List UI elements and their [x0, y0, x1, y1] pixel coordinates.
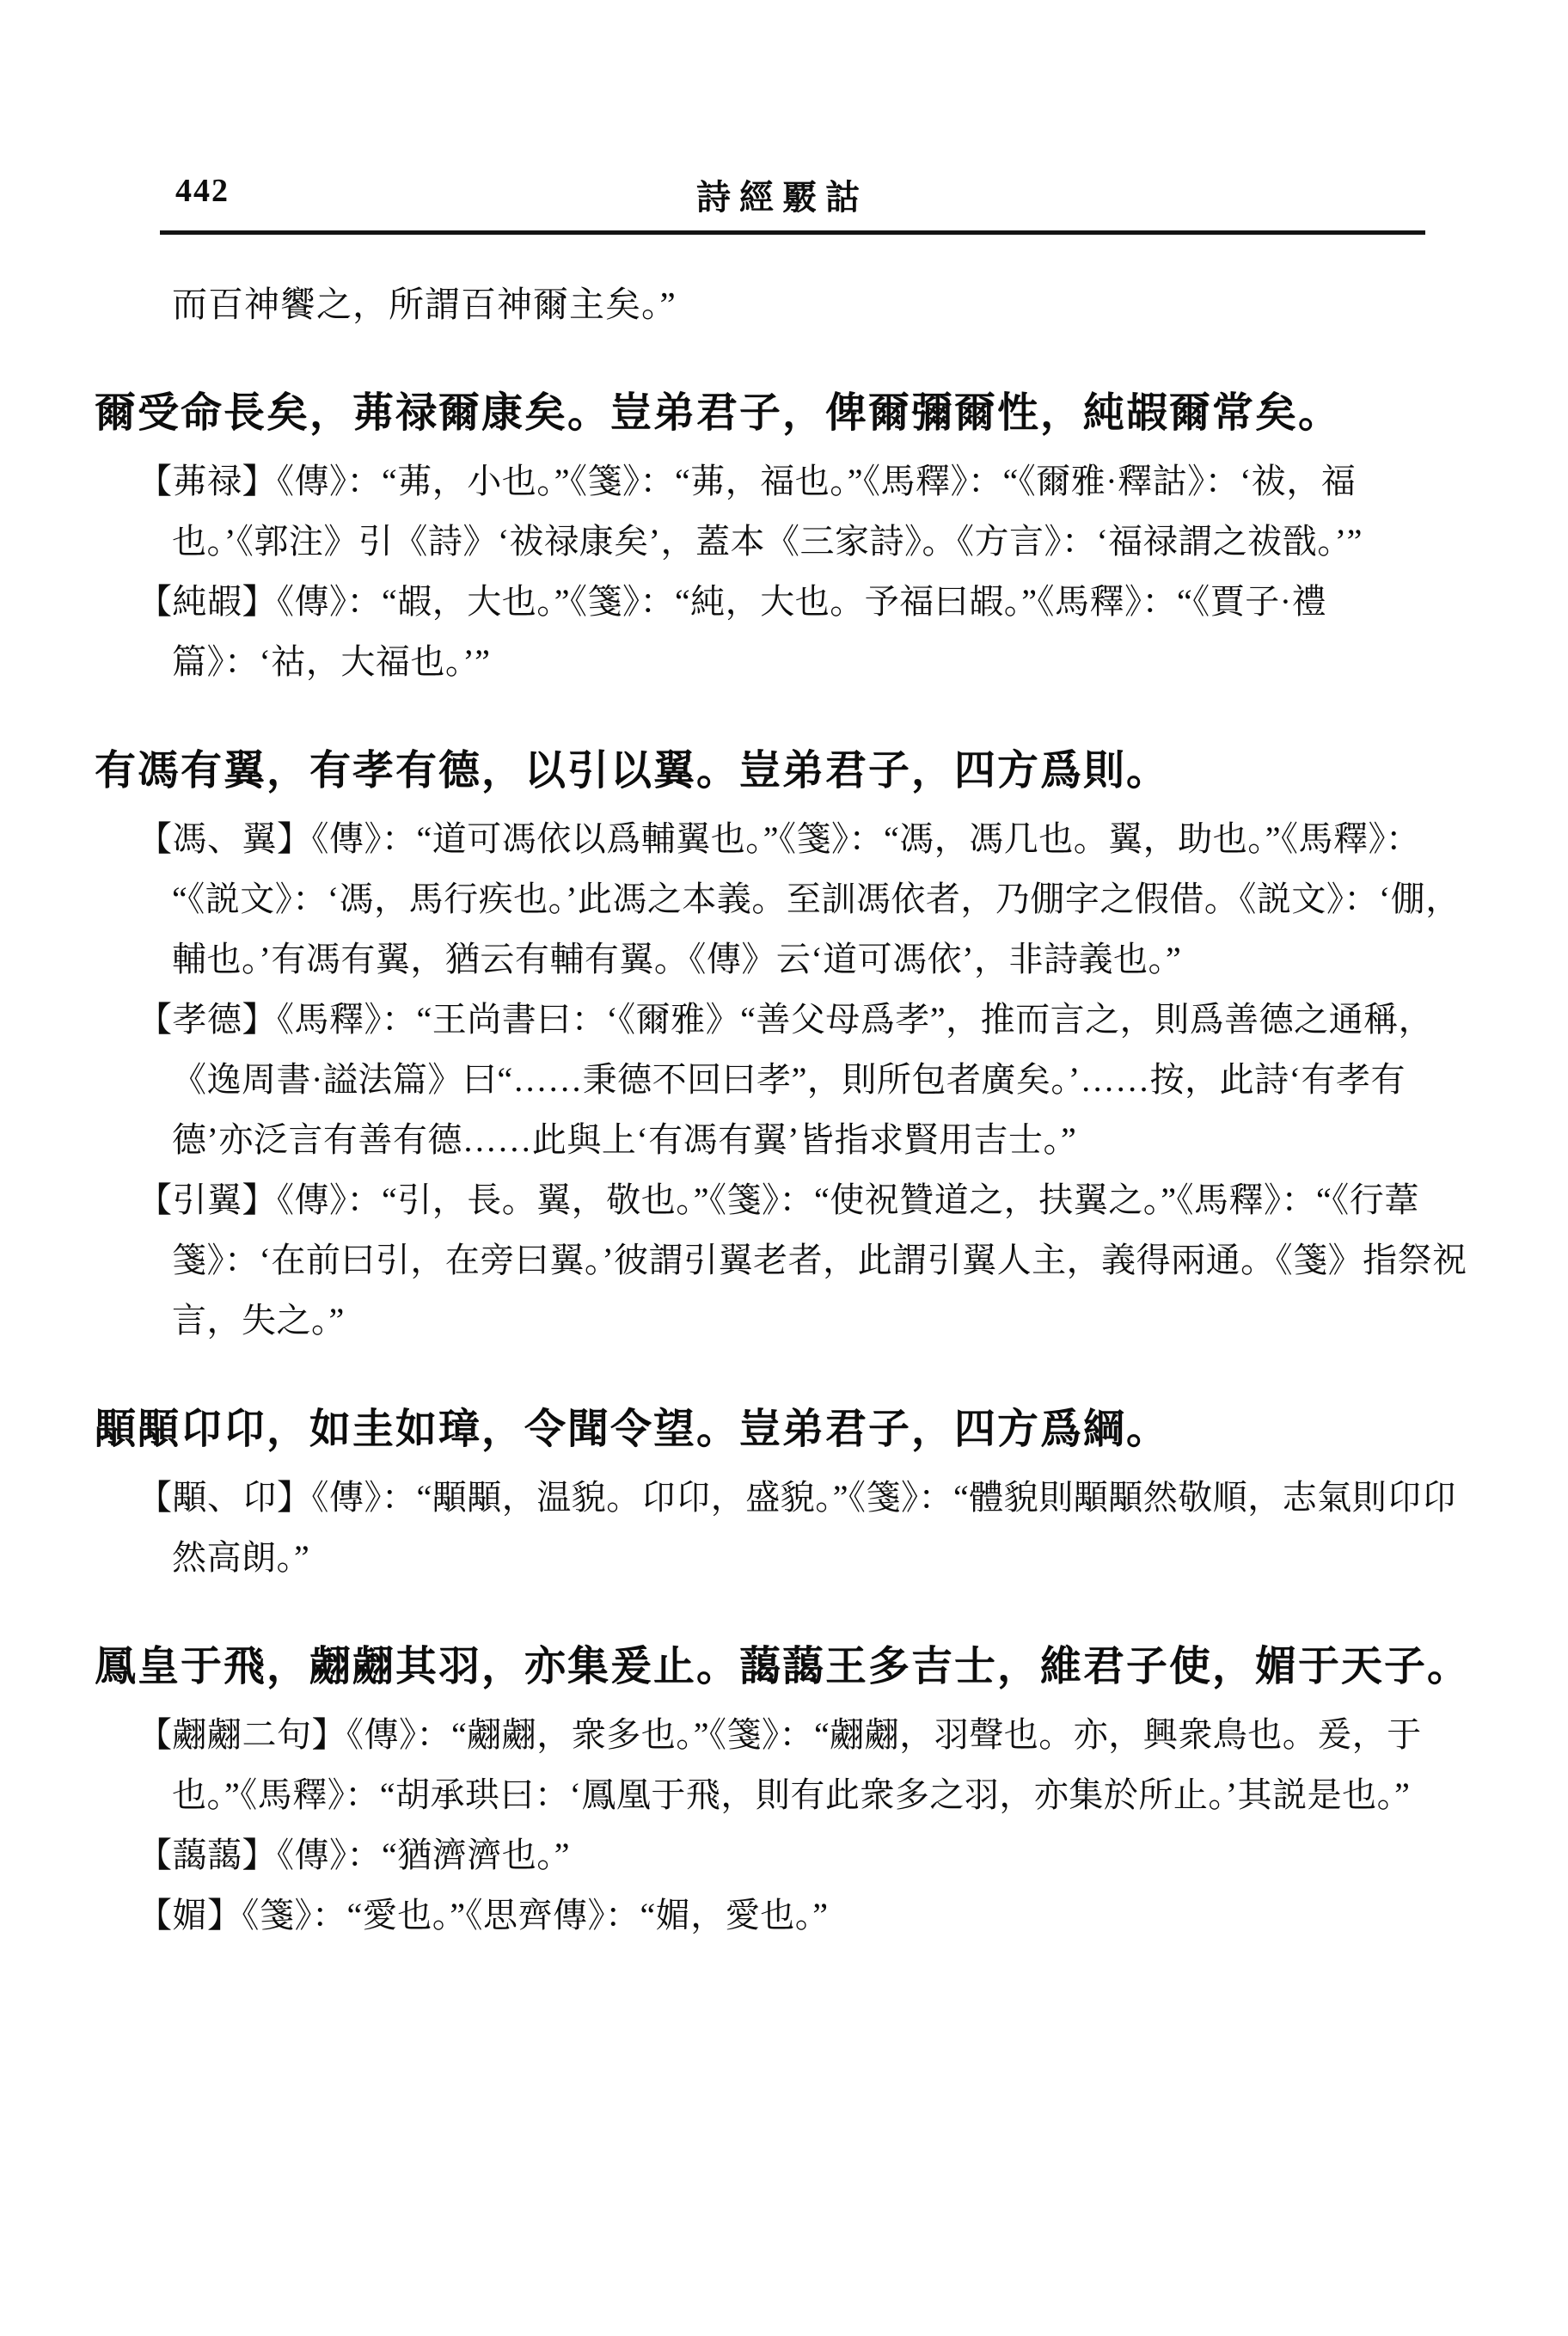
header-rule	[160, 230, 1425, 235]
carryover-line: 而百神饗之，所謂百神爾主矣。”	[172, 274, 1470, 334]
annotation-paragraph: 【媚】《箋》：“愛也。”《思齊傳》：“媚，愛也。”	[95, 1885, 1470, 1946]
stanza-section-4: 鳳皇于飛，翽翽其羽，亦集爰止。藹藹王多吉士，維君子使，媚于天子。 【翽翽二句】《…	[95, 1636, 1470, 1946]
annotation-paragraph: 【茀禄】《傳》：“茀，小也。”《箋》：“茀，福也。”《馬釋》：“《爾雅·釋詁》：…	[95, 451, 1470, 572]
stanza-section-1: 爾受命長矣，茀禄爾康矣。豈弟君子，俾爾彌爾性，純嘏爾常矣。 【茀禄】《傳》：“茀…	[95, 383, 1470, 692]
annotation-paragraph: 【純嘏】《傳》：“嘏，大也。”《箋》：“純，大也。予福曰嘏。”《馬釋》：“《賈子…	[95, 572, 1470, 692]
verse-line: 顒顒卬卬，如圭如璋，令聞令望。豈弟君子，四方爲綱。	[95, 1399, 1470, 1461]
book-page: 442 詩經覈詁 而百神饗之，所謂百神爾主矣。” 爾受命長矣，茀禄爾康矣。豈弟君…	[0, 0, 1568, 2336]
verse-line: 有馮有翼，有孝有德，以引以翼。豈弟君子，四方爲則。	[95, 740, 1470, 802]
annotation-paragraph: 【孝德】《馬釋》：“王尚書曰：‘《爾雅》“善父母爲孝”，推而言之，則爲善德之通稱…	[95, 990, 1470, 1170]
annotation-paragraph: 【引翼】《傳》：“引，長。翼，敬也。”《箋》：“使祝贊道之，扶翼之。”《馬釋》：…	[95, 1170, 1470, 1351]
verse-line: 鳳皇于飛，翽翽其羽，亦集爰止。藹藹王多吉士，維君子使，媚于天子。	[95, 1636, 1470, 1698]
page-number: 442	[175, 172, 230, 210]
stanza-section-2: 有馮有翼，有孝有德，以引以翼。豈弟君子，四方爲則。 【馮、翼】《傳》：“道可馮依…	[95, 740, 1470, 1351]
annotation-paragraph: 【翽翽二句】《傳》：“翽翽，衆多也。”《箋》：“翽翽，羽聲也。亦，興衆鳥也。爰，…	[95, 1705, 1470, 1825]
annotation-paragraph: 【顒、卬】《傳》：“顒顒，温貌。卬卬，盛貌。”《箋》：“體貌則顒顒然敬順，志氣則…	[95, 1468, 1470, 1588]
stanza-section-3: 顒顒卬卬，如圭如璋，令聞令望。豈弟君子，四方爲綱。 【顒、卬】《傳》：“顒顒，温…	[95, 1399, 1470, 1588]
book-title: 詩經覈詁	[95, 170, 1470, 219]
page-header: 442 詩經覈詁	[95, 170, 1470, 215]
verse-line: 爾受命長矣，茀禄爾康矣。豈弟君子，俾爾彌爾性，純嘏爾常矣。	[95, 383, 1470, 445]
annotation-paragraph: 【馮、翼】《傳》：“道可馮依以爲輔翼也。”《箋》：“馮，馮几也。翼，助也。”《馬…	[95, 809, 1470, 990]
annotation-paragraph: 【藹藹】《傳》：“猶濟濟也。”	[95, 1825, 1470, 1885]
